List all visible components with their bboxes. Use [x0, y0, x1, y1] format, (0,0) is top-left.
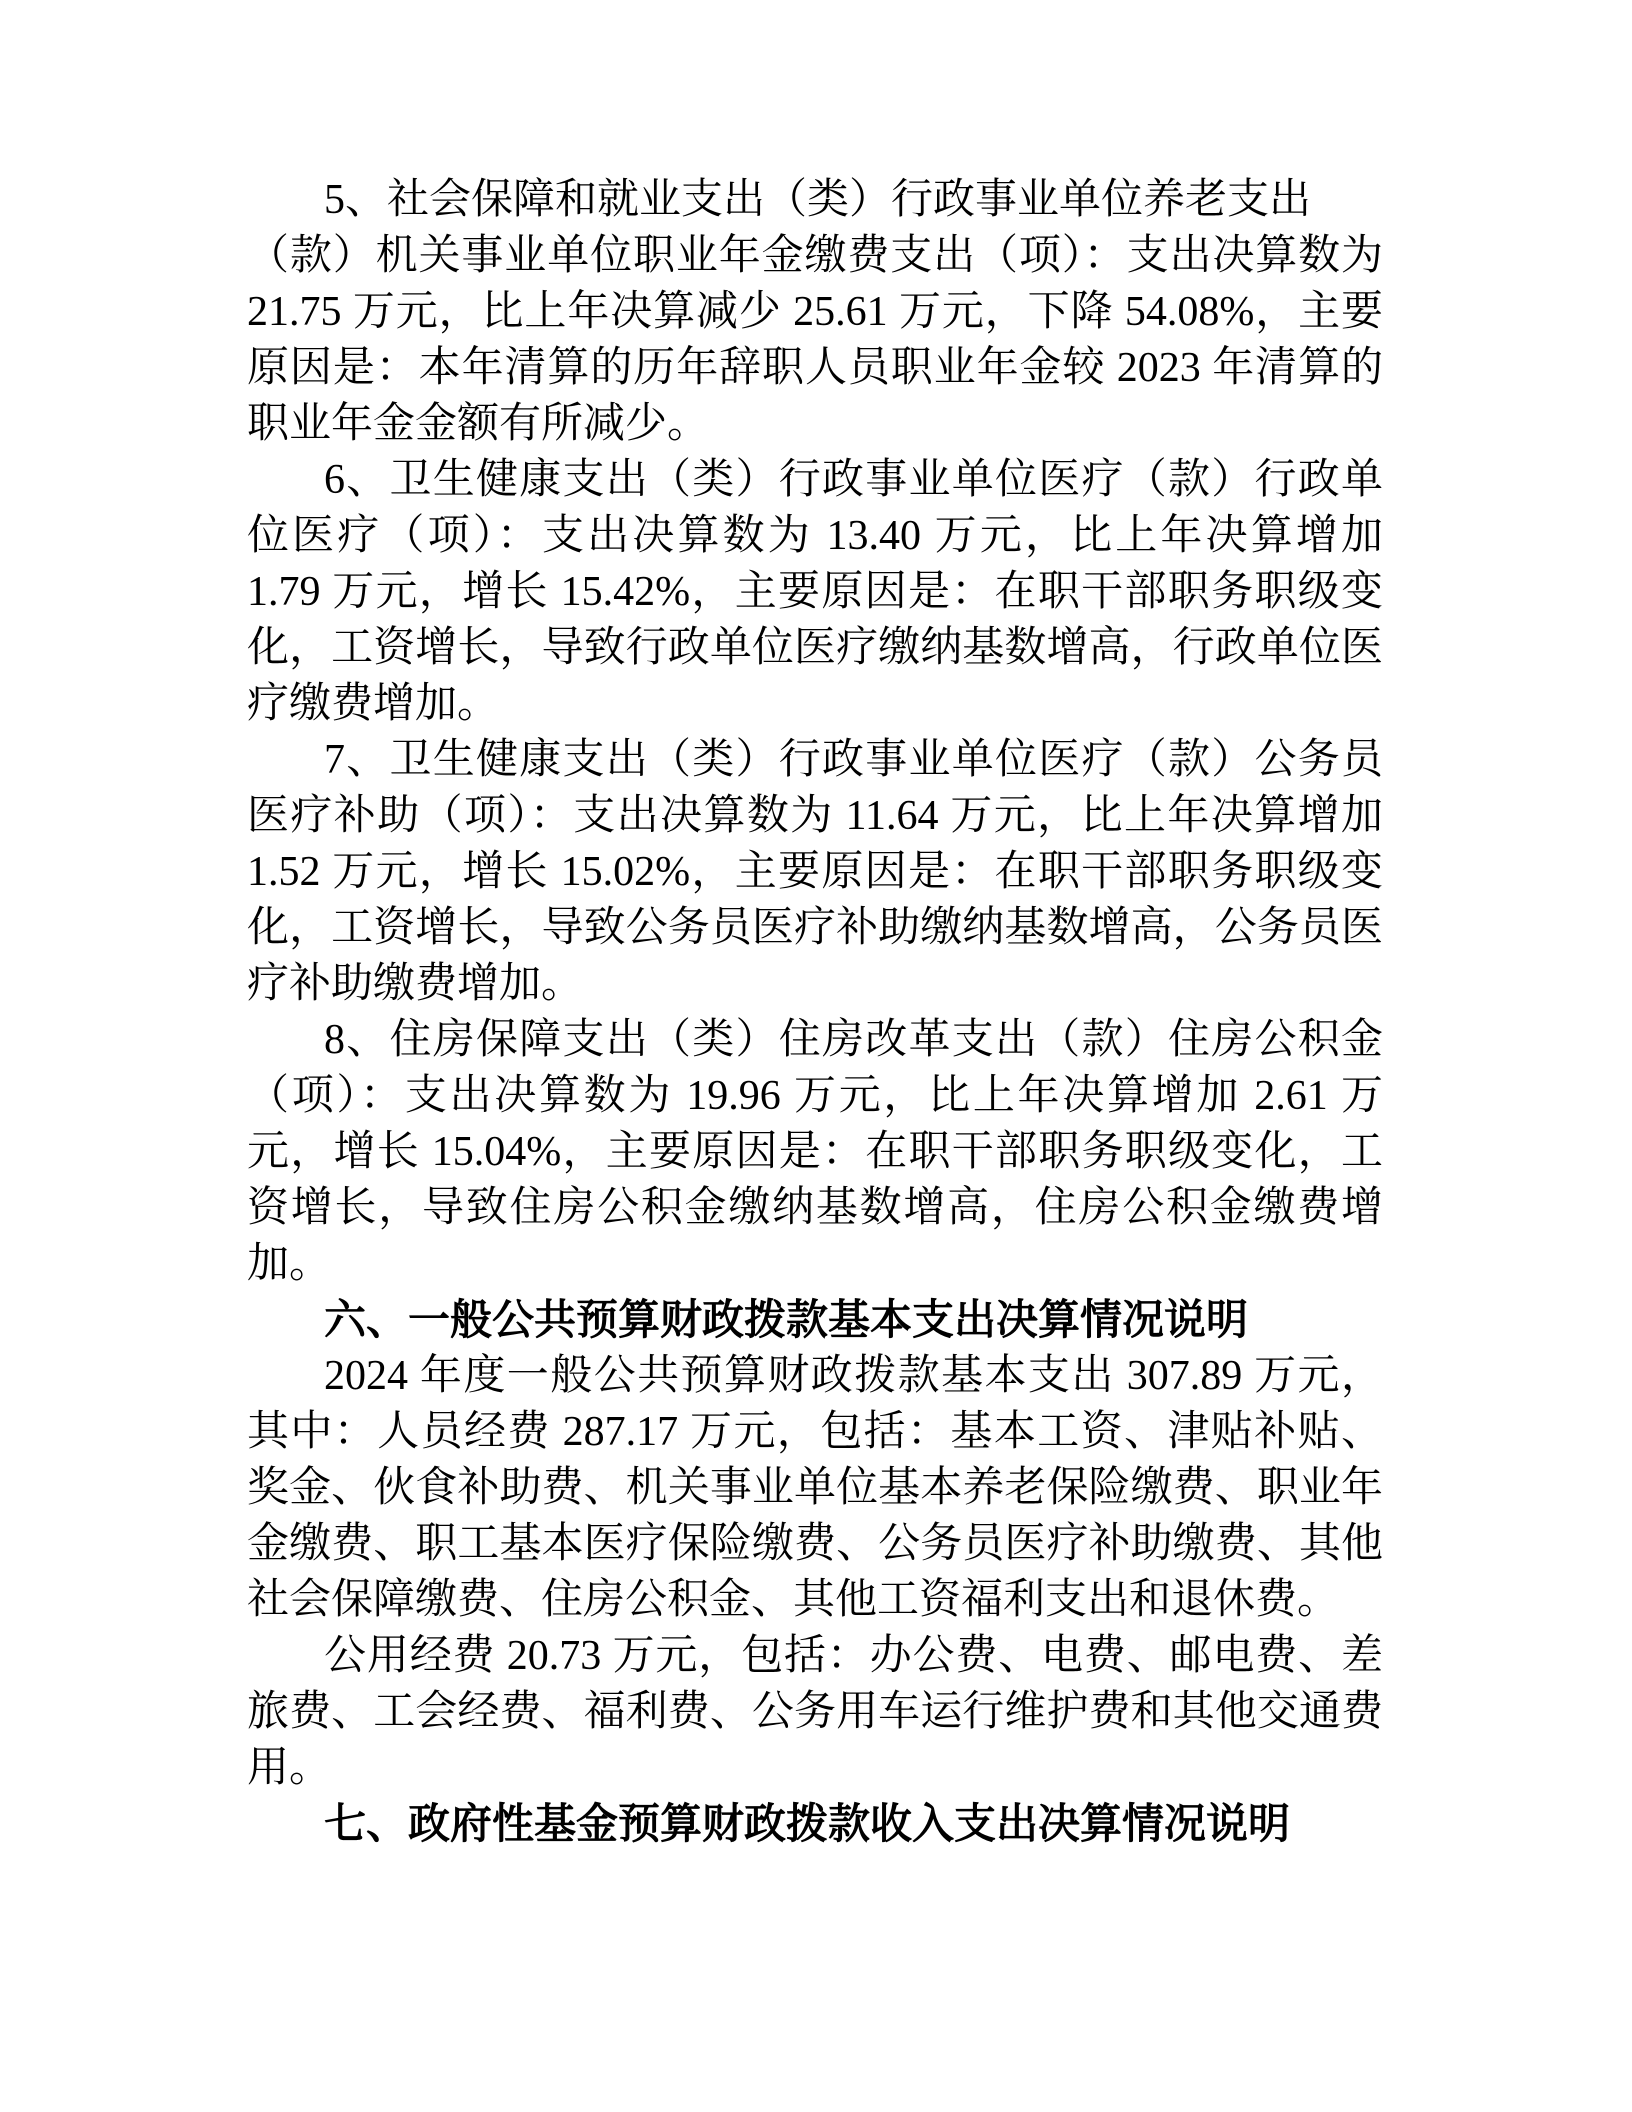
document-content: 5、社会保障和就业支出（类）行政事业单位养老支出（款）机关事业单位职业年金缴费支… — [247, 172, 1383, 1852]
text-line: 奖金、伙食补助费、机关事业单位基本养老保险缴费、职业年 — [247, 1460, 1383, 1516]
text-line: （款）机关事业单位职业年金缴费支出（项）：支出决算数为 — [247, 228, 1383, 284]
paragraph-public-funds: 公用经费 20.73 万元，包括：办公费、电费、邮电费、差旅费、工会经费、福利费… — [247, 1628, 1383, 1796]
text-line: 5、社会保障和就业支出（类）行政事业单位养老支出 — [247, 172, 1383, 228]
text-line: 2024 年度一般公共预算财政拨款基本支出 307.89 万元， — [247, 1348, 1383, 1404]
text-line: 职业年金金额有所减少。 — [247, 396, 1383, 452]
text-line: 社会保障缴费、住房公积金、其他工资福利支出和退休费。 — [247, 1572, 1383, 1628]
text-line: 8、住房保障支出（类）住房改革支出（款）住房公积金 — [247, 1012, 1383, 1068]
text-line: 公用经费 20.73 万元，包括：办公费、电费、邮电费、差 — [247, 1628, 1383, 1684]
paragraph-basic-expenditure: 2024 年度一般公共预算财政拨款基本支出 307.89 万元，其中：人员经费 … — [247, 1348, 1383, 1628]
text-line: 用。 — [247, 1740, 1383, 1796]
text-line: 原因是：本年清算的历年辞职人员职业年金较 2023 年清算的 — [247, 340, 1383, 396]
section-heading-6: 六、一般公共预算财政拨款基本支出决算情况说明 — [247, 1292, 1383, 1348]
text-line: 金缴费、职工基本医疗保险缴费、公务员医疗补助缴费、其他 — [247, 1516, 1383, 1572]
paragraph-item-7: 7、卫生健康支出（类）行政事业单位医疗（款）公务员医疗补助（项）：支出决算数为 … — [247, 732, 1383, 1012]
paragraph-item-5: 5、社会保障和就业支出（类）行政事业单位养老支出（款）机关事业单位职业年金缴费支… — [247, 172, 1383, 452]
text-line: 资增长，导致住房公积金缴纳基数增高，住房公积金缴费增 — [247, 1180, 1383, 1236]
paragraph-item-6: 6、卫生健康支出（类）行政事业单位医疗（款）行政单位医疗（项）：支出决算数为 1… — [247, 452, 1383, 732]
text-line: 其中：人员经费 287.17 万元，包括：基本工资、津贴补贴、 — [247, 1404, 1383, 1460]
text-line: 1.52 万元，增长 15.02%，主要原因是：在职干部职务职级变 — [247, 844, 1383, 900]
document-page: 5、社会保障和就业支出（类）行政事业单位养老支出（款）机关事业单位职业年金缴费支… — [0, 0, 1632, 2112]
text-line: 加。 — [247, 1236, 1383, 1292]
text-line: 位医疗（项）：支出决算数为 13.40 万元，比上年决算增加 — [247, 508, 1383, 564]
text-line: 疗补助缴费增加。 — [247, 956, 1383, 1012]
text-line: 7、卫生健康支出（类）行政事业单位医疗（款）公务员 — [247, 732, 1383, 788]
text-line: 1.79 万元，增长 15.42%，主要原因是：在职干部职务职级变 — [247, 564, 1383, 620]
text-line: 元，增长 15.04%，主要原因是：在职干部职务职级变化，工 — [247, 1124, 1383, 1180]
paragraph-item-8: 8、住房保障支出（类）住房改革支出（款）住房公积金（项）：支出决算数为 19.9… — [247, 1012, 1383, 1292]
text-line: 疗缴费增加。 — [247, 676, 1383, 732]
section-heading-7: 七、政府性基金预算财政拨款收入支出决算情况说明 — [247, 1796, 1383, 1852]
text-line: 化，工资增长，导致公务员医疗补助缴纳基数增高，公务员医 — [247, 900, 1383, 956]
heading-line: 七、政府性基金预算财政拨款收入支出决算情况说明 — [247, 1796, 1383, 1852]
heading-line: 六、一般公共预算财政拨款基本支出决算情况说明 — [247, 1292, 1383, 1348]
text-line: 化，工资增长，导致行政单位医疗缴纳基数增高，行政单位医 — [247, 620, 1383, 676]
text-line: 6、卫生健康支出（类）行政事业单位医疗（款）行政单 — [247, 452, 1383, 508]
text-line: 旅费、工会经费、福利费、公务用车运行维护费和其他交通费 — [247, 1684, 1383, 1740]
text-line: （项）：支出决算数为 19.96 万元，比上年决算增加 2.61 万 — [247, 1068, 1383, 1124]
text-line: 21.75 万元，比上年决算减少 25.61 万元，下降 54.08%，主要 — [247, 284, 1383, 340]
text-line: 医疗补助（项）：支出决算数为 11.64 万元，比上年决算增加 — [247, 788, 1383, 844]
